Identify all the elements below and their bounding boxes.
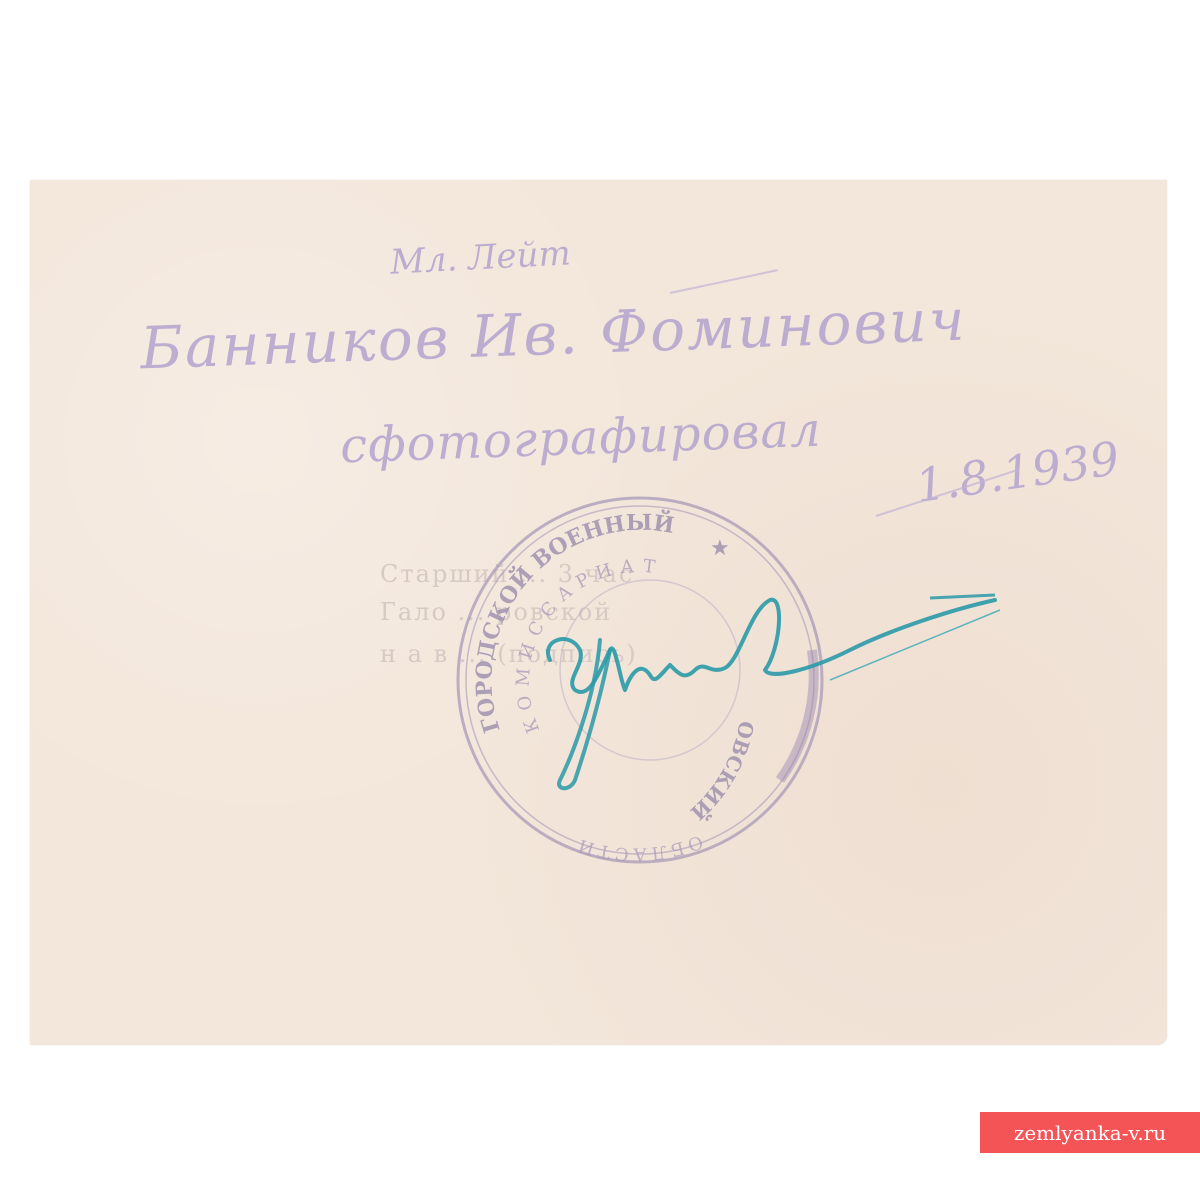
- ink-signature: [530, 580, 1010, 800]
- stamp-text-bottom: ОБЛАСТИ: [572, 831, 706, 865]
- svg-text:ОБЛАСТИ: ОБЛАСТИ: [572, 831, 706, 865]
- watermark-badge: zemlyanka-v.ru: [980, 1112, 1200, 1153]
- star-icon: ★: [710, 536, 730, 561]
